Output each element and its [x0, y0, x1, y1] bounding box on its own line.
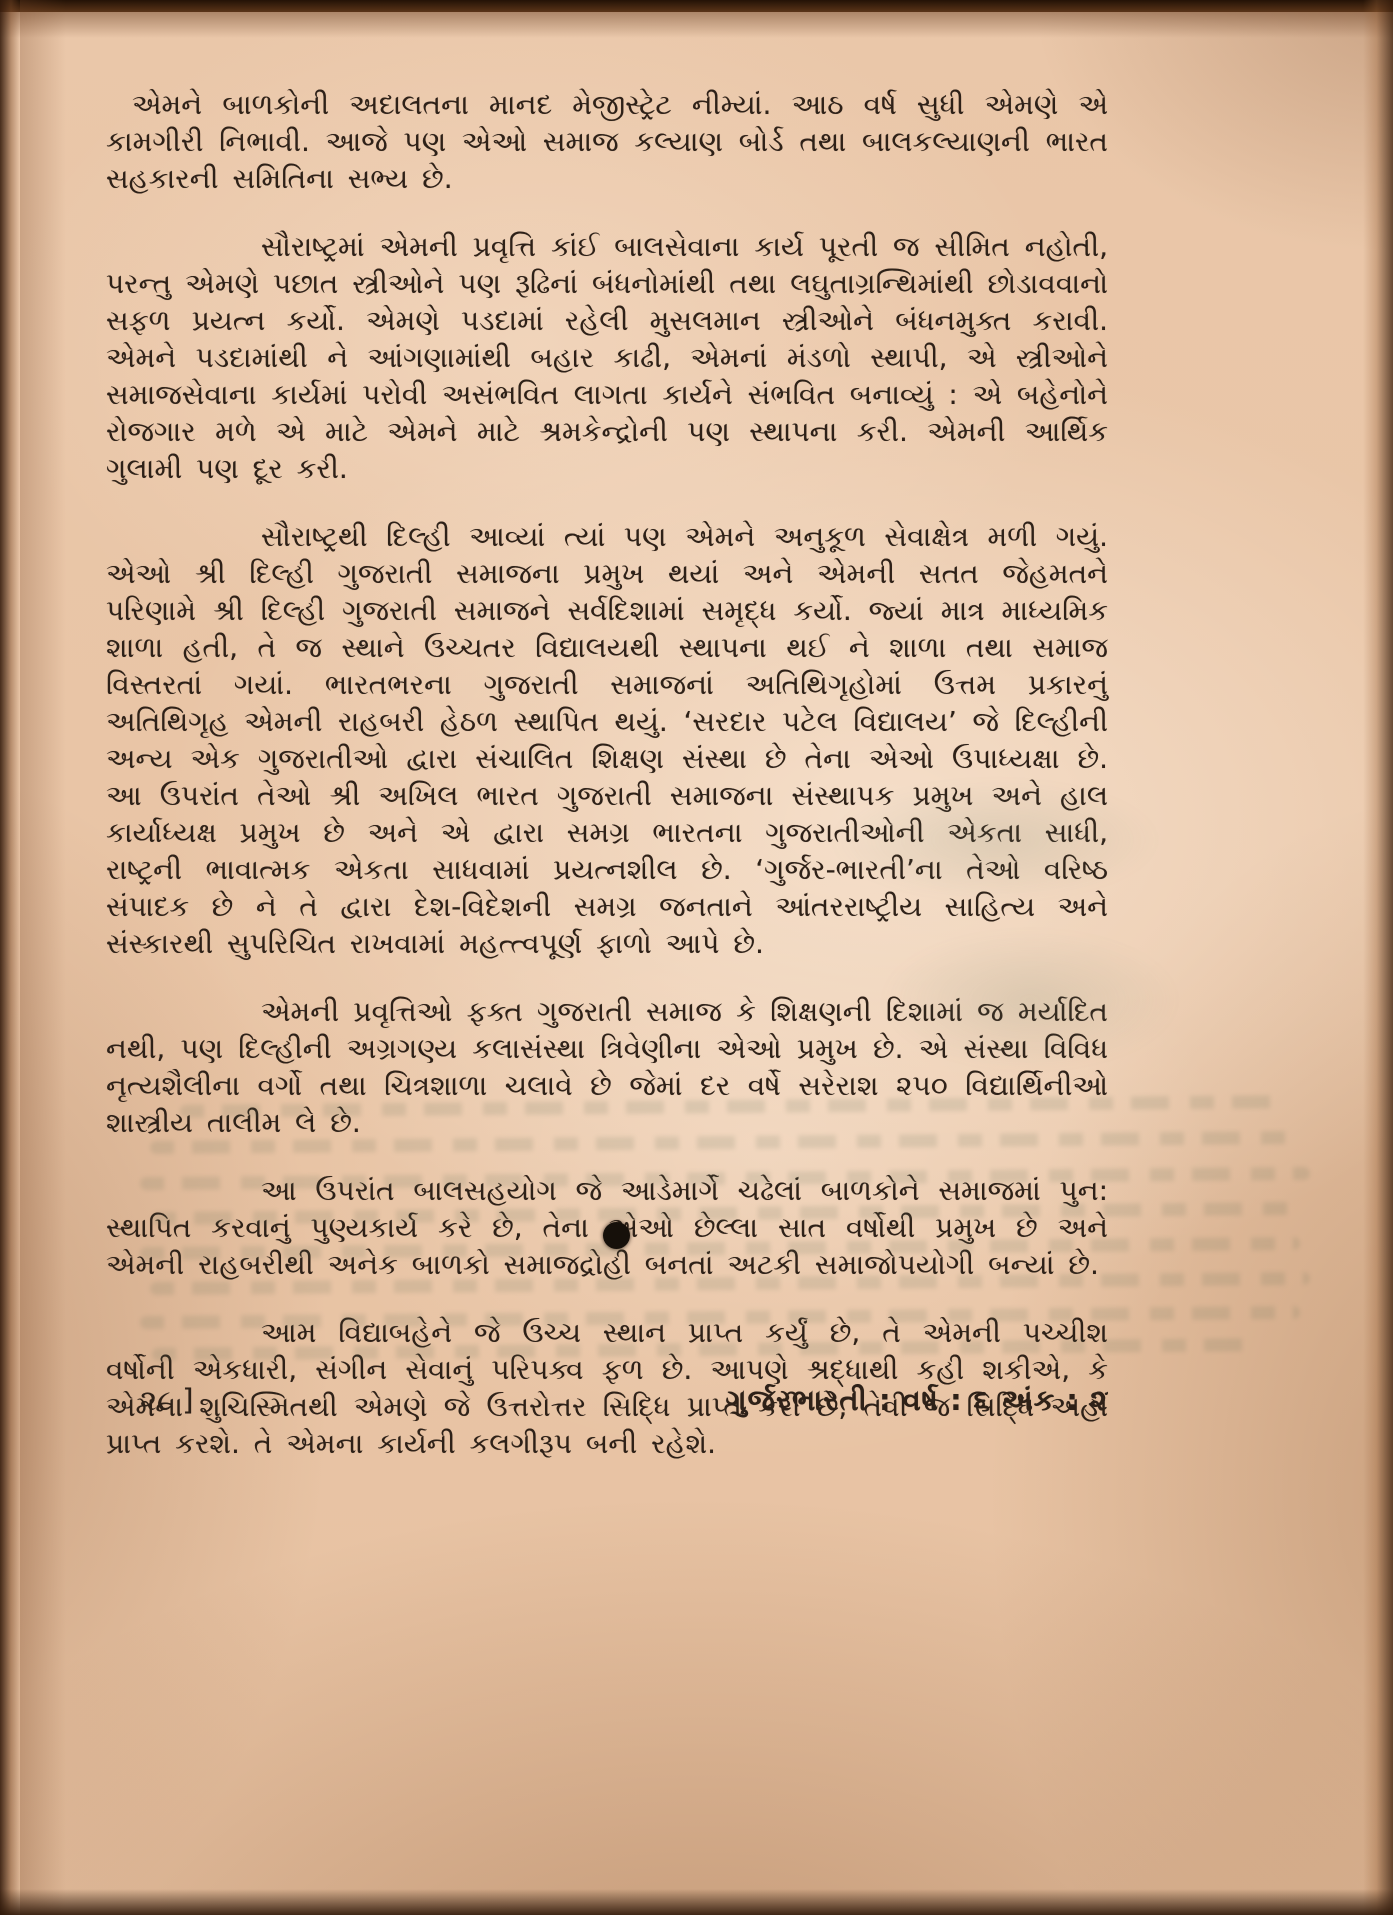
- page-edge-right: [1363, 0, 1393, 1915]
- paragraph: એમને બાળકોની અદાલતના માનદ મેજીસ્ટ્રેટ ની…: [106, 86, 1108, 197]
- page-edge-top-shadow: [0, 12, 1393, 38]
- show-through-smudge: [880, 930, 1180, 1070]
- scanned-book-page: એમને બાળકોની અદાલતના માનદ મેજીસ્ટ્રેટ ની…: [0, 0, 1393, 1915]
- page-edge-left: [0, 0, 20, 1915]
- page-edge-top: [0, 0, 1393, 12]
- journal-issue-label: ગુર્જરભારતી : વર્ષ : ૬ અંક : ૨: [726, 1383, 1109, 1418]
- page-edge-bottom: [0, 1889, 1393, 1915]
- page-number: ૨૮ ]: [140, 1383, 194, 1418]
- binding-hole: [603, 1222, 630, 1249]
- spine-shadow: [20, 0, 66, 1915]
- page-footer: ૨૮ ] ગુર્જરભારતી : વર્ષ : ૬ અંક : ૨: [106, 1383, 1108, 1418]
- show-through-smudge: [830, 780, 1160, 900]
- paragraph: સૌરાષ્ટ્રમાં એમની પ્રવૃત્તિ કાંઈ બાલસેવા…: [106, 228, 1108, 487]
